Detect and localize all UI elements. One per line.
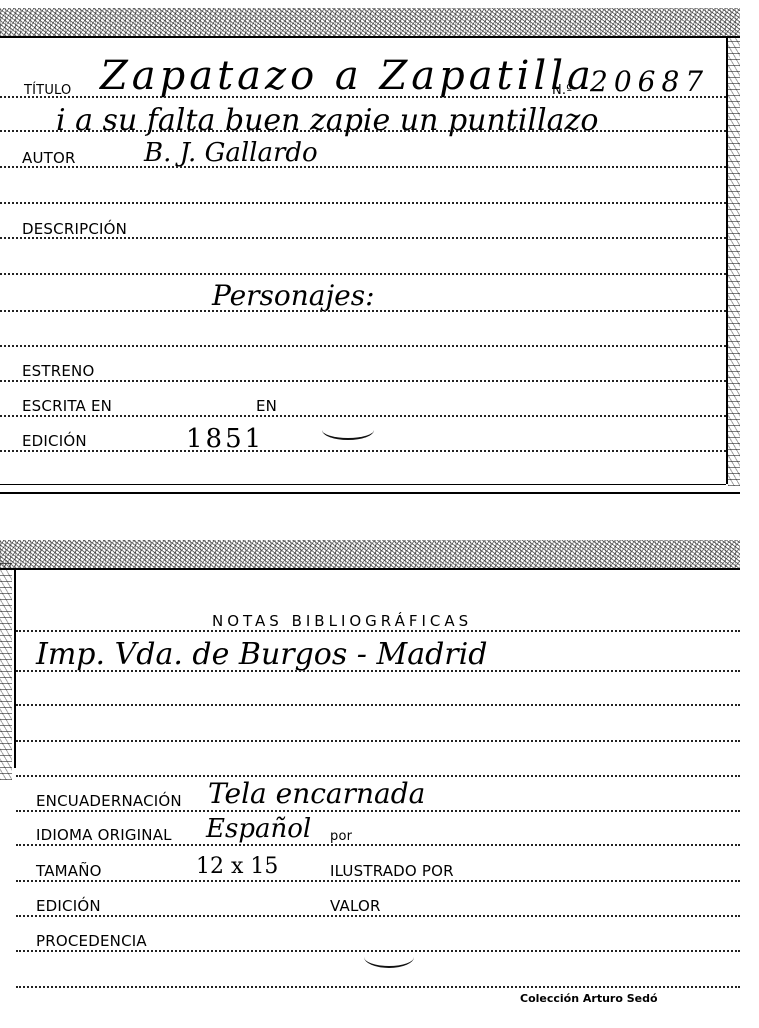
line-titulo-2 (0, 130, 726, 132)
value-encuadernacion: Tela encarnada (208, 780, 425, 808)
value-titulo-line1: Zapatazo a Zapatilla (100, 56, 595, 96)
line-tamano (16, 880, 740, 882)
line-estreno (0, 380, 726, 382)
line-blank-3 (0, 310, 726, 312)
line-notas-4 (16, 740, 740, 742)
line-blank-2 (0, 273, 726, 275)
label-ilustrado-por: ILUSTRADO POR (330, 864, 454, 879)
card-front-bottom-edge (0, 492, 740, 494)
value-tamano: 12 x 15 (196, 856, 278, 878)
collection-credit: Colección Arturo Sedó (520, 992, 658, 1005)
line-titulo (0, 96, 726, 98)
label-edicion-back: EDICIÓN (36, 899, 101, 914)
line-blank-1 (0, 202, 726, 204)
card-front-right-edge (728, 36, 740, 486)
notas-heading: NOTAS BIBLIOGRÁFICAS (212, 612, 472, 630)
label-tamano: TAMAÑO (36, 864, 102, 879)
line-notas-3 (16, 704, 740, 706)
line-blank-4 (0, 345, 726, 347)
label-valor: VALOR (330, 899, 381, 914)
value-numero: 20687 (590, 68, 709, 96)
value-notas-line1: Imp. Vda. de Burgos - Madrid (36, 640, 487, 670)
card-front-right-border (726, 36, 728, 484)
label-autor: AUTOR (22, 151, 76, 166)
card-back-left-border (14, 568, 16, 768)
line-descripcion (0, 237, 726, 239)
line-procedencia (16, 950, 740, 952)
line-autor (0, 166, 726, 168)
value-descripcion-note: Personajes: (212, 282, 375, 310)
card-front-top-border (0, 8, 740, 38)
line-notas-1 (16, 630, 740, 632)
value-idioma-original: Español (206, 816, 311, 842)
line-encuadernacion (16, 810, 740, 812)
label-idioma-original: IDIOMA ORIGINAL (36, 828, 172, 843)
line-escrita-en (0, 415, 726, 417)
label-estreno: ESTRENO (22, 364, 95, 379)
card-back-left-edge (0, 560, 12, 780)
label-en: EN (256, 399, 277, 414)
value-edicion: 1851 (186, 426, 264, 452)
line-edicion (0, 450, 726, 452)
line-edicion-back (16, 915, 740, 917)
label-escrita-en: ESCRITA EN (22, 399, 112, 414)
label-encuadernacion: ENCUADERNACIÓN (36, 794, 182, 809)
label-descripcion: DESCRIPCIÓN (22, 222, 127, 237)
line-bottom-front (0, 484, 726, 485)
label-por: por (330, 830, 352, 843)
label-edicion: EDICIÓN (22, 434, 87, 449)
card-back-top-border (0, 540, 740, 570)
value-autor: B. J. Gallardo (144, 140, 318, 166)
line-idioma (16, 844, 740, 846)
line-notas-2 (16, 670, 740, 672)
label-procedencia: PROCEDENCIA (36, 934, 147, 949)
line-last (16, 986, 740, 988)
ink-smudge (322, 420, 374, 440)
